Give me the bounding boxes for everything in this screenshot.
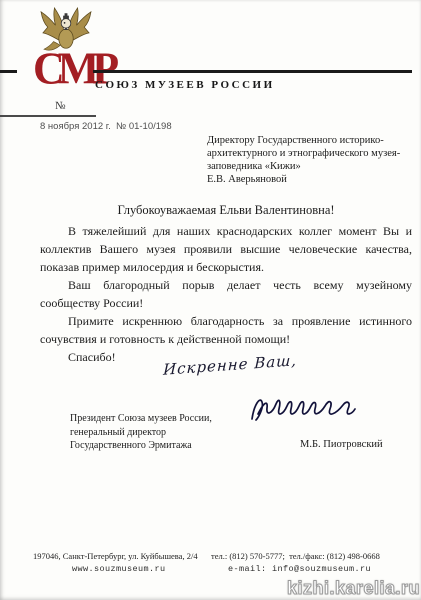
signer-title-line: Государственного Эрмитажа	[70, 439, 290, 453]
header-rule-left	[0, 70, 17, 73]
recipient-line: архитектурного и этнографического музея-	[207, 147, 417, 160]
footer-address: 197046, Санкт-Петербург, ул. Куйбышева, …	[33, 551, 198, 561]
watermark: kizhi.karelia.ru	[287, 578, 420, 599]
signer-title-line: генеральный директор	[70, 426, 290, 440]
recipient-line: заповедника «Кижи»	[207, 160, 417, 173]
paragraph: Примите искреннюю благодарность за прояв…	[40, 312, 412, 348]
scanned-letter-page: СМР СОЮЗ МУЗЕЕВ РОССИИ № 8 ноября 2012 г…	[0, 0, 421, 600]
paragraph: Ваш благородный порыв делает честь всему…	[40, 276, 412, 312]
reference-number-line	[0, 115, 96, 117]
letter-body: В тяжелейший для наших краснодарских кол…	[40, 222, 412, 366]
header-rule	[93, 70, 412, 73]
footer-email: e-mail: info@souzmuseum.ru	[228, 564, 371, 574]
footer-website: www.souzmuseum.ru	[72, 564, 166, 574]
footer-phone: тел.: (812) 570-5777; тел./факс: (812) 4…	[211, 551, 380, 561]
recipient-name: Е.В. Аверьяновой	[207, 173, 417, 186]
signer-title-line: Президент Союза музеев России,	[70, 412, 290, 426]
signer-name: М.Б. Пиотровский	[300, 439, 383, 450]
salutation: Глубокоуважаемая Ельви Валентиновна!	[40, 203, 412, 218]
paragraph: В тяжелейший для наших краснодарских кол…	[40, 222, 412, 276]
signer-title-block: Президент Союза музеев России, генеральн…	[70, 412, 290, 453]
recipient-block: Директору Государственного историко- арх…	[207, 134, 417, 186]
recipient-line: Директору Государственного историко-	[207, 134, 417, 147]
date-line: 8 ноября 2012 г. № 01-10/198	[40, 121, 172, 132]
reference-number-label: №	[55, 100, 66, 112]
org-name: СОЮЗ МУЗЕЕВ РОССИИ	[95, 79, 275, 91]
